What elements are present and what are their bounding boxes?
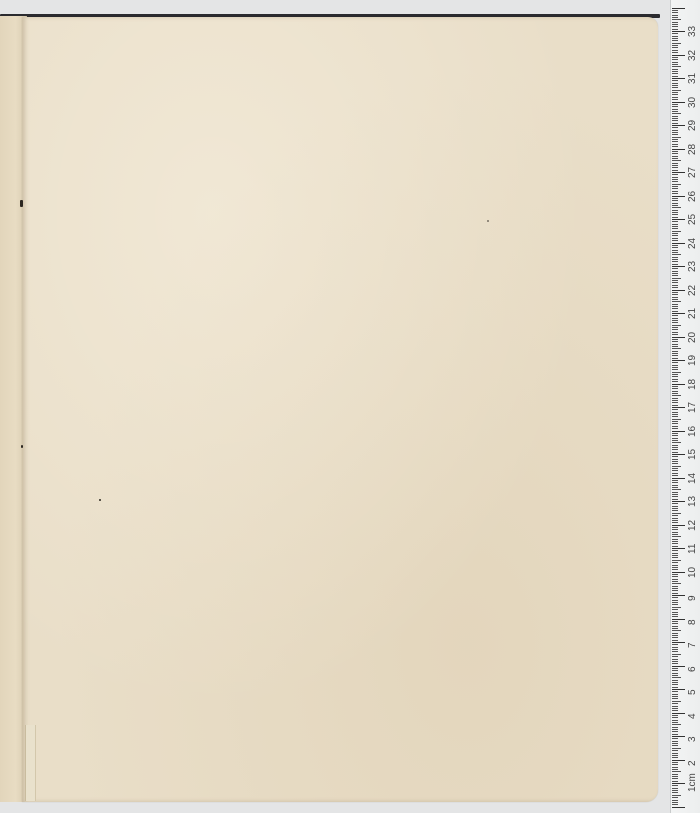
ruler-tick (672, 15, 678, 16)
ruler-tick (672, 534, 678, 535)
ruler-tick (672, 257, 678, 258)
ruler-label: 5 (687, 689, 698, 695)
ruler-tick (672, 149, 685, 150)
ruler-tick (672, 38, 678, 39)
ruler-tick (672, 393, 678, 394)
ruler-tick (672, 529, 678, 530)
ruler-tick (672, 104, 678, 105)
ruler-tick (672, 177, 678, 178)
ruler-tick (672, 640, 678, 641)
ruler-label: 19 (687, 355, 698, 366)
ruler-tick (672, 45, 678, 46)
ruler-tick (672, 59, 678, 60)
ruler-tick (672, 273, 678, 274)
ruler-tick (672, 452, 678, 453)
ruler-tick (672, 188, 678, 189)
ruler-tick (672, 212, 678, 213)
ruler-tick (672, 36, 678, 37)
ruler-tick (672, 637, 678, 638)
ruler-tick (672, 565, 678, 566)
ruler-tick (672, 659, 678, 660)
ruler-tick (672, 184, 681, 185)
ruler-tick (672, 259, 678, 260)
ruler-tick (672, 17, 678, 18)
ruler-tick (672, 313, 685, 314)
ruler-tick (672, 682, 678, 683)
ruler-tick (672, 87, 678, 88)
ruler-tick (672, 466, 681, 467)
ruler-tick (672, 703, 678, 704)
ruler-tick (672, 445, 678, 446)
ruler-tick (672, 677, 681, 678)
ruler-label: 2 (687, 760, 698, 766)
ruler-tick (672, 365, 678, 366)
ruler-tick (672, 680, 678, 681)
ruler-tick (672, 423, 678, 424)
ruler-tick (672, 76, 678, 77)
ruler-tick (672, 548, 685, 549)
ruler-tick (672, 673, 678, 674)
ruler-tick (672, 520, 678, 521)
ruler-tick (672, 804, 678, 805)
ruler-tick (672, 508, 678, 509)
ruler-label: 22 (687, 284, 698, 295)
ruler-tick (672, 642, 685, 643)
ruler-tick (672, 379, 678, 380)
ruler-tick (672, 590, 678, 591)
ruler-label: 11 (687, 544, 698, 554)
ruler-tick (672, 731, 678, 732)
ruler-tick (672, 541, 678, 542)
ruler-tick (672, 727, 678, 728)
ruler-tick (672, 400, 678, 401)
ruler-tick (672, 461, 678, 462)
ruler-tick (672, 292, 678, 293)
ruler-tick (672, 485, 678, 486)
ruler-tick (672, 614, 678, 615)
ruler-tick (672, 203, 678, 204)
ruler-tick (672, 621, 678, 622)
ruler-tick (672, 412, 678, 413)
ruler-tick (672, 651, 678, 652)
speck-mark (99, 499, 101, 501)
ruler-tick (672, 539, 678, 540)
ruler-tick (672, 713, 685, 714)
ruler-tick (672, 280, 678, 281)
ruler-tick (672, 198, 678, 199)
ruler-tick (672, 24, 678, 25)
ruler-tick (672, 609, 678, 610)
ruler-tick (672, 158, 678, 159)
ruler-tick (672, 125, 685, 126)
ruler-tick (672, 294, 678, 295)
ruler-label: 27 (687, 167, 698, 178)
ruler-tick (672, 71, 678, 72)
ruler-tick (672, 499, 678, 500)
ruler-tick (672, 734, 678, 735)
ruler-tick (672, 788, 678, 789)
ruler-tick (672, 109, 678, 110)
ruler-tick (672, 480, 678, 481)
ruler-tick (672, 607, 681, 608)
ruler-tick (672, 372, 681, 373)
ruler-tick (672, 395, 681, 396)
ruler-tick (672, 8, 685, 9)
ruler-tick (672, 468, 678, 469)
ruler-tick (672, 494, 678, 495)
ruler-tick (672, 285, 678, 286)
ruler-tick (672, 179, 678, 180)
ruler-tick (672, 720, 678, 721)
ruler-tick (672, 675, 678, 676)
ruler-tick (672, 438, 678, 439)
ruler-tick (672, 503, 678, 504)
ruler-tick (672, 745, 678, 746)
ruler-tick (672, 57, 678, 58)
ruler-tick (672, 66, 681, 67)
ruler-tick (672, 165, 678, 166)
ruler-tick (672, 644, 678, 645)
ruler-tick (672, 353, 678, 354)
ruler-tick (672, 224, 678, 225)
ruler-tick (672, 649, 678, 650)
speck-mark (21, 445, 23, 448)
ruler-tick (672, 447, 678, 448)
ruler-tick (672, 463, 678, 464)
ruler-tick (672, 600, 678, 601)
ruler-tick (672, 325, 681, 326)
ruler-tick (672, 626, 678, 627)
ruler-tick (672, 748, 681, 749)
ruler-tick (672, 31, 685, 32)
ruler-tick (672, 341, 678, 342)
ruler-tick (672, 569, 678, 570)
ruler-tick (672, 205, 678, 206)
ruler-tick (672, 304, 678, 305)
ruler-tick (672, 619, 685, 620)
ruler-tick (672, 633, 678, 634)
ruler-tick (672, 315, 678, 316)
ruler-tick (672, 800, 678, 801)
ruler-tick (672, 482, 678, 483)
ruler-tick (672, 144, 678, 145)
ruler-tick (672, 130, 678, 131)
ruler-tick (672, 360, 685, 361)
ruler-tick (672, 235, 678, 236)
ruler-tick (672, 233, 678, 234)
ruler-tick (672, 489, 681, 490)
blank-page (22, 17, 658, 802)
ruler-tick (672, 186, 678, 187)
ruler-tick (672, 496, 678, 497)
ruler-tick (672, 771, 681, 772)
ruler-tick (672, 755, 678, 756)
ruler-tick (672, 207, 681, 208)
ruler-tick (672, 612, 678, 613)
ruler-tick (672, 616, 678, 617)
ruler-tick (672, 515, 678, 516)
ruler-tick (672, 762, 678, 763)
ruler-tick (672, 510, 678, 511)
ruler-tick (672, 153, 678, 154)
ruler-label: 15 (687, 449, 698, 460)
ruler-tick (672, 301, 681, 302)
ruler-tick (672, 525, 685, 526)
ruler-tick (672, 581, 678, 582)
ruler-label: 29 (687, 120, 698, 131)
ruler-tick (672, 381, 678, 382)
ruler-tick (672, 774, 678, 775)
ruler-tick (672, 456, 678, 457)
ruler-tick (672, 398, 678, 399)
ruler-label: 21 (687, 308, 698, 319)
ruler-tick (672, 706, 678, 707)
ruler-tick (672, 33, 678, 34)
ruler-tick (672, 696, 678, 697)
ruler-tick (672, 266, 685, 267)
ruler-tick (672, 475, 678, 476)
ruler-tick (672, 240, 678, 241)
ruler-tick (672, 738, 678, 739)
ruler-tick (672, 113, 681, 114)
ruler-tick (672, 628, 678, 629)
ruler-tick (672, 132, 678, 133)
ruler-tick (672, 228, 678, 229)
ruler-tick (672, 50, 678, 51)
ruler-tick (672, 146, 678, 147)
ruler-tick (672, 757, 678, 758)
ruler-tick (672, 407, 685, 408)
ruler-tick (672, 402, 678, 403)
ruler-tick (672, 501, 685, 502)
ruler-tick (672, 181, 678, 182)
ruler-tick (672, 40, 678, 41)
ruler-tick (672, 478, 685, 479)
ruler-tick (672, 797, 678, 798)
ruler-tick (672, 297, 678, 298)
ruler-tick (672, 97, 678, 98)
ruler-label: 6 (687, 666, 698, 672)
ruler-label: 10 (687, 566, 698, 577)
ruler-tick (672, 282, 678, 283)
ruler-tick (672, 62, 678, 63)
ruler-tick (672, 156, 678, 157)
ruler-tick (672, 421, 678, 422)
ruler-tick (672, 743, 678, 744)
ruler-tick (672, 94, 678, 95)
ruler-tick (672, 666, 685, 667)
ruler-tick (672, 579, 678, 580)
ruler-tick (672, 334, 678, 335)
ruler-tick (672, 715, 678, 716)
measurement-ruler: 1cm 234567891011121314151617181920212223… (670, 0, 700, 813)
ruler-tick (672, 790, 678, 791)
ruler-tick (672, 785, 678, 786)
ruler-label: 9 (687, 595, 698, 601)
ruler-label: 31 (687, 73, 698, 84)
ruler-tick (672, 416, 678, 417)
ruler-tick (672, 776, 678, 777)
ruler-tick (672, 710, 678, 711)
ruler-tick (672, 200, 678, 201)
ruler-label: 24 (687, 237, 698, 248)
ruler-tick (672, 522, 678, 523)
ruler-tick (672, 19, 681, 20)
ruler-tick (672, 635, 678, 636)
ruler-tick (672, 555, 678, 556)
ruler-tick (672, 630, 681, 631)
ruler-tick (672, 454, 685, 455)
ruler-tick (672, 593, 678, 594)
ruler-tick (672, 687, 678, 688)
ruler-tick (672, 73, 678, 74)
ruler-tick (672, 245, 678, 246)
ruler-tick (672, 118, 678, 119)
ruler-label: 13 (687, 496, 698, 507)
ruler-tick (672, 92, 678, 93)
ruler-tick (672, 532, 678, 533)
ruler-tick (672, 668, 678, 669)
ruler-tick (672, 388, 678, 389)
ruler-tick (672, 318, 678, 319)
ruler-tick (672, 536, 681, 537)
ruler-tick (672, 513, 681, 514)
ruler-label: 32 (687, 49, 698, 60)
ruler-tick (672, 767, 678, 768)
ruler-tick (672, 196, 685, 197)
ruler-tick (672, 278, 681, 279)
ruler-label: 4 (687, 713, 698, 719)
ruler-tick (672, 329, 678, 330)
ruler-tick (672, 583, 681, 584)
ruler-tick (672, 449, 678, 450)
ruler-tick (672, 167, 678, 168)
ruler-tick (672, 210, 678, 211)
ruler-tick (672, 717, 678, 718)
ruler-tick (672, 492, 678, 493)
ruler-tick (672, 764, 678, 765)
ruler-tick (672, 405, 678, 406)
ruler-tick (672, 43, 681, 44)
ruler-tick (672, 527, 678, 528)
ruler-label: 16 (687, 425, 698, 436)
ruler-tick (672, 106, 678, 107)
ruler-tick (672, 346, 678, 347)
ruler-tick (672, 778, 678, 779)
ruler-label: 18 (687, 378, 698, 389)
ruler-tick (672, 729, 678, 730)
ruler-tick (672, 597, 678, 598)
ruler-tick (672, 431, 685, 432)
ruler-tick (672, 574, 678, 575)
ruler-tick (672, 290, 685, 291)
ruler-tick (672, 120, 678, 121)
ruler-tick (672, 320, 678, 321)
ruler-tick (672, 238, 678, 239)
ruler-tick (672, 663, 678, 664)
ruler-tick (672, 595, 685, 596)
speck-mark (487, 220, 489, 222)
ruler-tick (672, 736, 685, 737)
ruler-tick (672, 470, 678, 471)
ruler-tick (672, 116, 678, 117)
ruler-tick (672, 550, 678, 551)
ruler-tick (672, 414, 678, 415)
ruler-tick (672, 435, 678, 436)
ruler-tick (672, 694, 678, 695)
ruler-tick (672, 661, 678, 662)
ruler-tick (672, 783, 685, 784)
ruler-tick (672, 64, 678, 65)
ruler-tick (672, 306, 678, 307)
ruler-label: 20 (687, 331, 698, 342)
ruler-tick (672, 560, 681, 561)
ruler-tick (672, 151, 678, 152)
ruler-tick (672, 459, 678, 460)
ruler-tick (672, 567, 678, 568)
ruler-tick (672, 369, 678, 370)
ruler-tick (672, 807, 685, 808)
ruler-tick (672, 428, 678, 429)
ruler-tick (672, 586, 678, 587)
ruler-tick (672, 750, 678, 751)
ruler-tick (672, 576, 678, 577)
ruler-tick (672, 557, 678, 558)
ruler-tick (672, 588, 678, 589)
ruler-tick (672, 433, 678, 434)
ruler-tick (672, 139, 678, 140)
ruler-tick (672, 689, 685, 690)
ruler-tick (672, 332, 678, 333)
ruler-tick (672, 698, 678, 699)
ruler-tick (672, 69, 678, 70)
ruler-tick (672, 487, 678, 488)
ruler-tick (672, 722, 678, 723)
ruler-tick (672, 80, 678, 81)
ruler-tick (672, 127, 678, 128)
ruler-tick (672, 691, 678, 692)
ruler-tick (672, 12, 678, 13)
ruler-tick (672, 193, 678, 194)
ruler-tick (672, 724, 681, 725)
ruler-tick (672, 769, 678, 770)
ruler-tick (672, 792, 678, 793)
ruler-tick (672, 572, 685, 573)
ruler-tick (672, 226, 678, 227)
ruler-tick (672, 271, 678, 272)
ruler-tick (672, 473, 678, 474)
ruler-tick (672, 299, 678, 300)
ruler-tick (672, 670, 678, 671)
ruler-tick (672, 781, 678, 782)
ruler-tick (672, 22, 678, 23)
ruler-tick (672, 214, 678, 215)
ruler-tick (672, 327, 678, 328)
ruler-tick (672, 604, 678, 605)
ruler-tick (672, 647, 678, 648)
ruler-label: 23 (687, 261, 698, 272)
ruler-tick (672, 275, 678, 276)
ruler-tick (672, 99, 678, 100)
ruler-tick (672, 701, 681, 702)
ruler-tick (672, 90, 681, 91)
ruler-tick (672, 311, 678, 312)
ruler-tick (672, 623, 678, 624)
ruler-tick (672, 217, 678, 218)
ruler-tick (672, 440, 678, 441)
ruler-tick (672, 376, 678, 377)
ruler-label: 26 (687, 190, 698, 201)
